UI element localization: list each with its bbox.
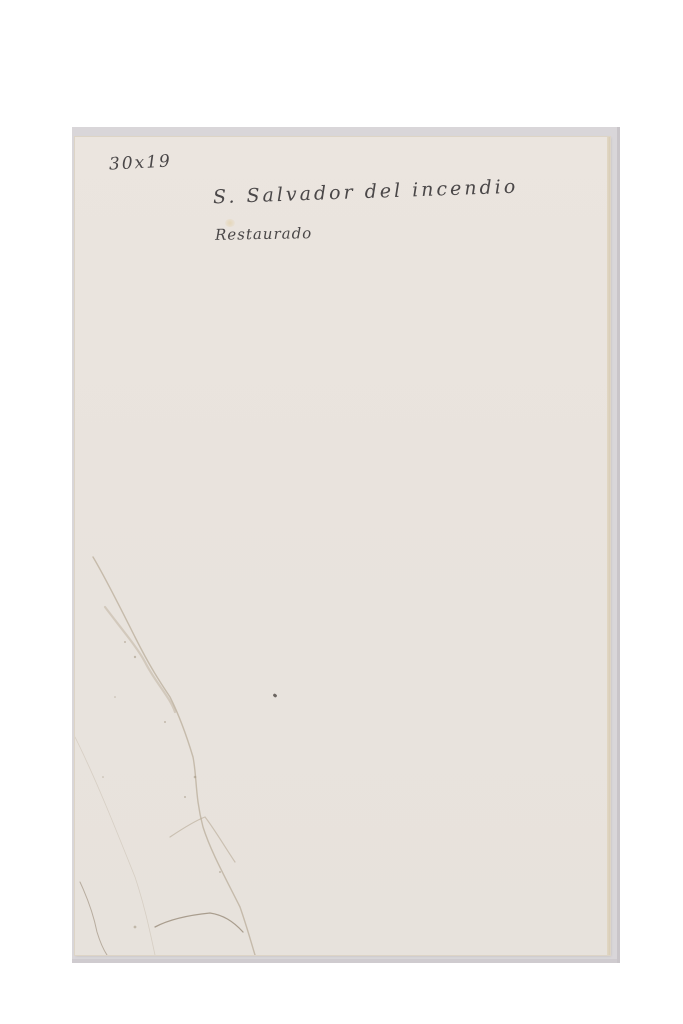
foxing-spot xyxy=(225,219,235,227)
dimensions-inscription: 30x19 xyxy=(109,151,173,174)
ink-speck xyxy=(273,693,278,698)
title-inscription: S. Salvador del incendio xyxy=(213,176,519,209)
water-stain xyxy=(75,137,610,955)
note-inscription: Restaurado xyxy=(215,224,313,244)
card-edge xyxy=(607,137,610,955)
card-back: 30x19 S. Salvador del incendio Restaurad… xyxy=(75,137,610,955)
